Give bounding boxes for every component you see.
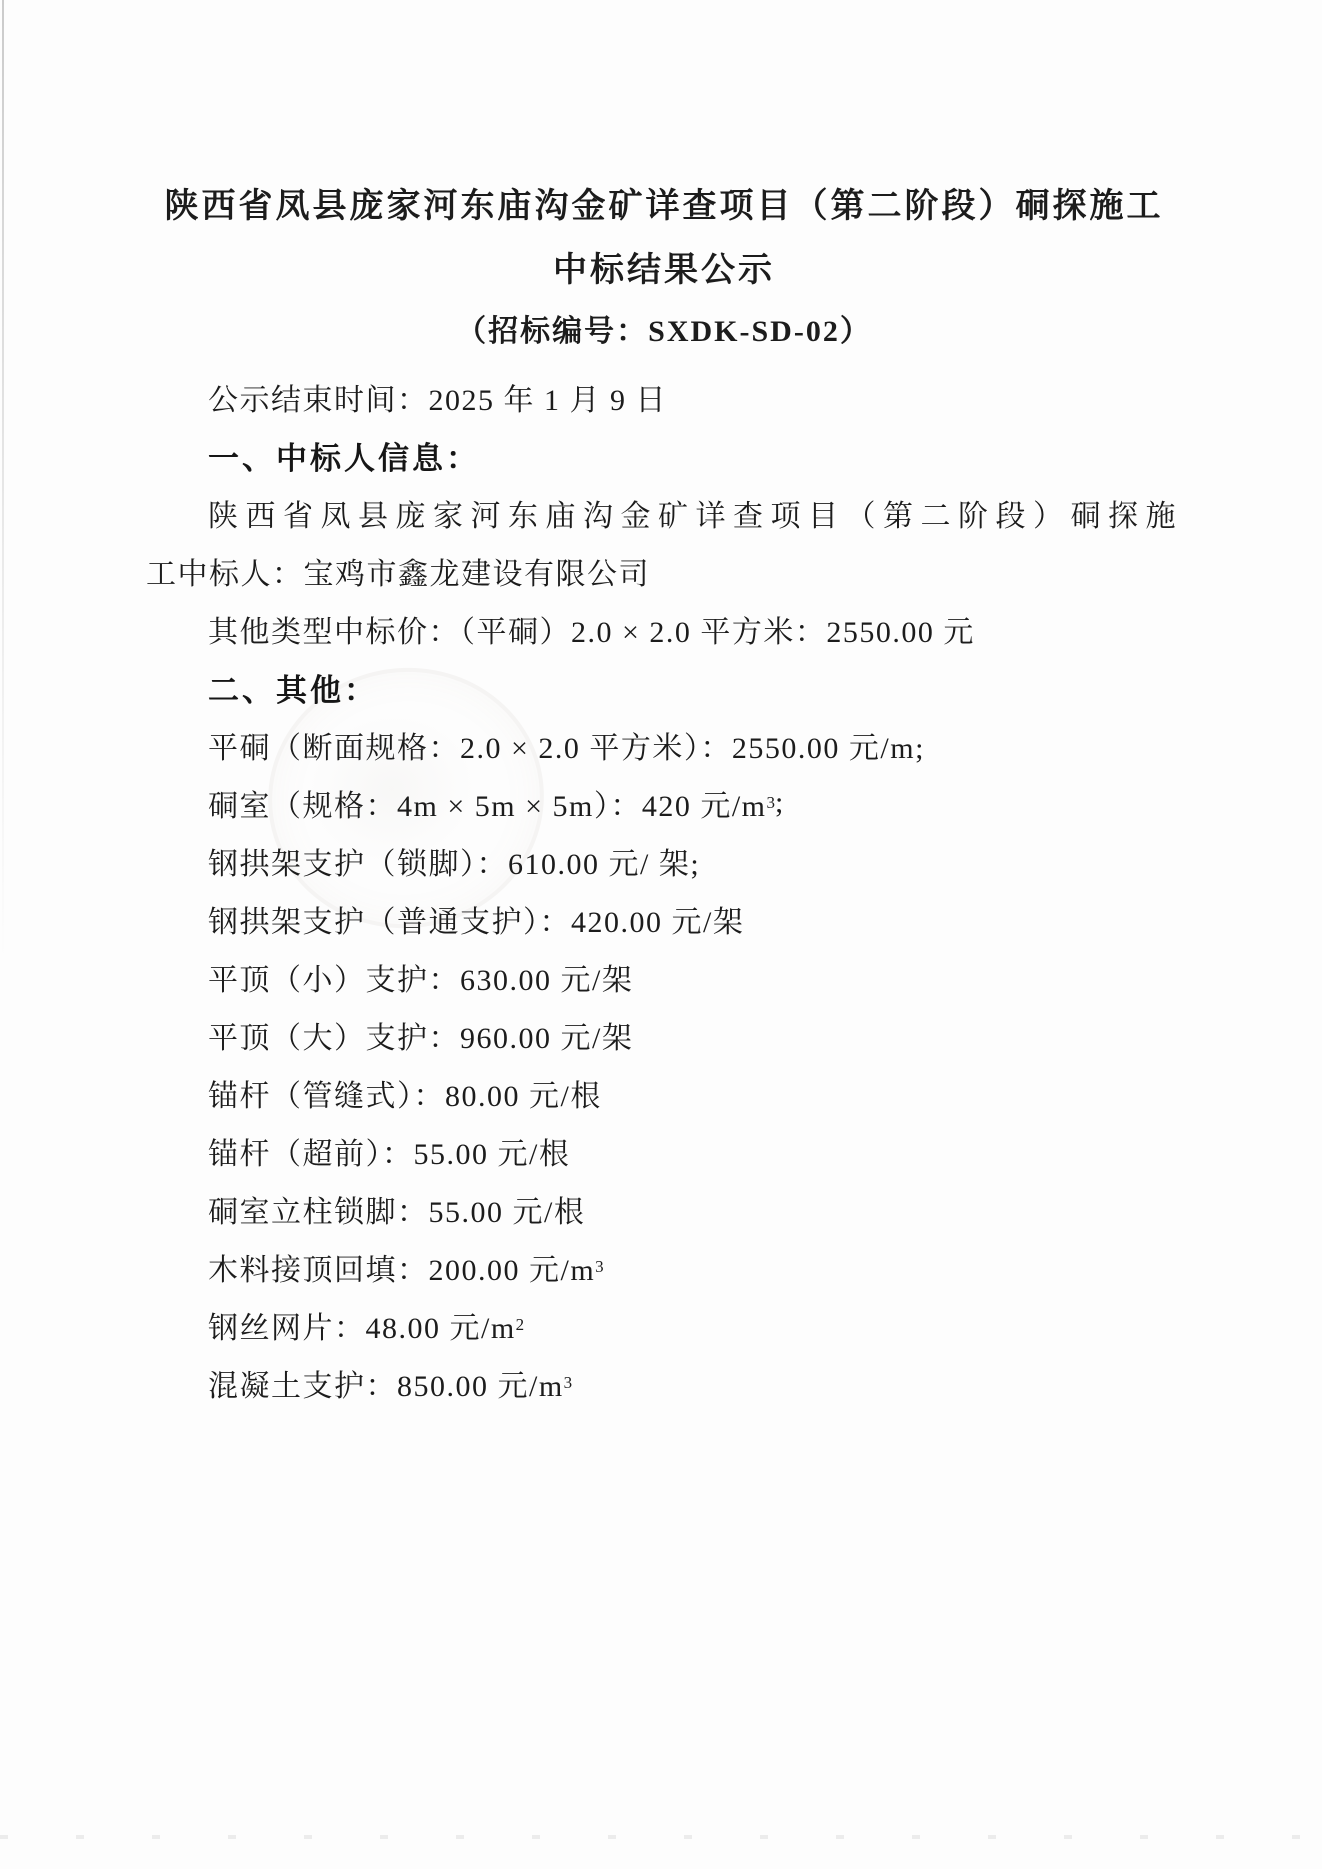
price-item-text: 钢拱架支护（锁脚）：610.00 元/ 架;	[208, 839, 700, 883]
price-item-concrete-support: 混凝土支护：850.00 元/m3	[146, 1354, 1182, 1412]
price-item-tail: ;	[775, 786, 785, 820]
winner-info-line-1: 陕西省凤县庞家河东庙沟金矿详查项目（第二阶段）硐探施	[146, 484, 1182, 542]
price-item-chamber: 硐室（规格：4m × 5m × 5m）：420 元/m3;	[146, 774, 1182, 832]
price-item-text: 平顶（小）支护：630.00 元/架	[208, 955, 633, 999]
price-item-text: 锚杆（管缝式）：80.00 元/根	[208, 1071, 602, 1115]
price-item-adit: 平硐（断面规格：2.0 × 2.0 平方米）：2550.00 元/m;	[146, 716, 1182, 774]
section-heading-winner-info: 一、中标人信息：	[146, 426, 1182, 484]
price-item-flat-roof-large: 平顶（大）支护：960.00 元/架	[146, 1006, 1182, 1064]
price-item-text: 平硐（断面规格：2.0 × 2.0 平方米）：2550.00 元/m;	[208, 723, 925, 767]
price-item-text: 木料接顶回填：200.00 元/m	[208, 1245, 595, 1289]
price-item-steel-arch-normal: 钢拱架支护（普通支护）：420.00 元/架	[146, 890, 1182, 948]
other-type-bid-price: 其他类型中标价：（平硐）2.0 × 2.0 平方米：2550.00 元	[146, 600, 1182, 658]
tender-number: （招标编号：SXDK-SD-02）	[146, 314, 1182, 350]
price-item-wire-mesh: 钢丝网片：48.00 元/m2	[146, 1296, 1182, 1354]
price-item-text: 硐室立柱锁脚：55.00 元/根	[208, 1187, 585, 1231]
price-item-text: 锚杆（超前）：55.00 元/根	[208, 1129, 570, 1173]
price-item-text: 钢拱架支护（普通支护）：420.00 元/架	[208, 897, 744, 941]
document-title-line-1: 陕西省凤县庞家河东庙沟金矿详查项目（第二阶段）硐探施工	[146, 186, 1182, 228]
scan-bottom-noise	[0, 1835, 1322, 1839]
price-item-bolt-advance: 锚杆（超前）：55.00 元/根	[146, 1122, 1182, 1180]
document-content: 陕西省凤县庞家河东庙沟金矿详查项目（第二阶段）硐探施工 中标结果公示 （招标编号…	[0, 186, 1322, 1412]
price-item-timber-backfill: 木料接顶回填：200.00 元/m3	[146, 1238, 1182, 1296]
price-item-text: 混凝土支护：850.00 元/m	[208, 1361, 564, 1405]
price-item-text: 硐室（规格：4m × 5m × 5m）：420 元/m	[208, 781, 767, 825]
price-item-bolt-split-set: 锚杆（管缝式）：80.00 元/根	[146, 1064, 1182, 1122]
document-title-line-2: 中标结果公示	[146, 250, 1182, 292]
price-item-text: 平顶（大）支护：960.00 元/架	[208, 1013, 633, 1057]
scanned-document-page: 陕西省凤县庞家河东庙沟金矿详查项目（第二阶段）硐探施工 中标结果公示 （招标编号…	[0, 0, 1322, 1869]
price-item-steel-arch-lock-foot: 钢拱架支护（锁脚）：610.00 元/ 架;	[146, 832, 1182, 890]
winner-info-line-2: 工中标人：宝鸡市鑫龙建设有限公司	[146, 542, 1182, 600]
price-item-text: 钢丝网片：48.00 元/m	[208, 1303, 516, 1347]
publicity-end-date: 公示结束时间：2025 年 1 月 9 日	[146, 368, 1182, 426]
price-item-chamber-column-lock-foot: 硐室立柱锁脚：55.00 元/根	[146, 1180, 1182, 1238]
section-heading-other: 二、其他：	[146, 658, 1182, 716]
price-item-flat-roof-small: 平顶（小）支护：630.00 元/架	[146, 948, 1182, 1006]
